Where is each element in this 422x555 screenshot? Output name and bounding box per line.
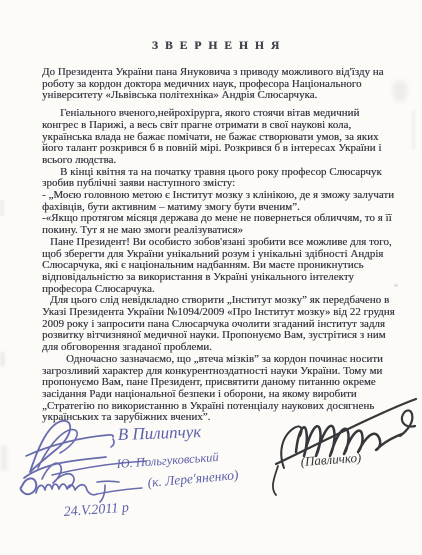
signature-stroke (97, 488, 142, 494)
signatures-layer: В Пилипчук Ю. Польгуковський (к. Лере'ян… (0, 0, 422, 555)
signature-stroke (36, 484, 97, 495)
signature-stroke (21, 478, 37, 494)
signature-caption-pavlychko: (Павличко) (300, 450, 362, 469)
signature-stroke (273, 466, 278, 495)
signature-caption-parens-left: (к. Лере'яненко) (147, 467, 239, 490)
signature-stroke (281, 426, 301, 468)
signature-stroke (400, 410, 415, 436)
signature-cluster-black (273, 399, 416, 495)
signature-caption-pylypchuk: В Пилипчук (117, 422, 202, 444)
signature-stroke (111, 439, 114, 447)
document-page: ЗВЕРНЕННЯ До Президента України пана Яну… (0, 0, 422, 555)
signature-date: 24.V.2011 р (63, 500, 129, 520)
signature-caption-polhukovskyi: Ю. Польгуковський (115, 450, 220, 471)
